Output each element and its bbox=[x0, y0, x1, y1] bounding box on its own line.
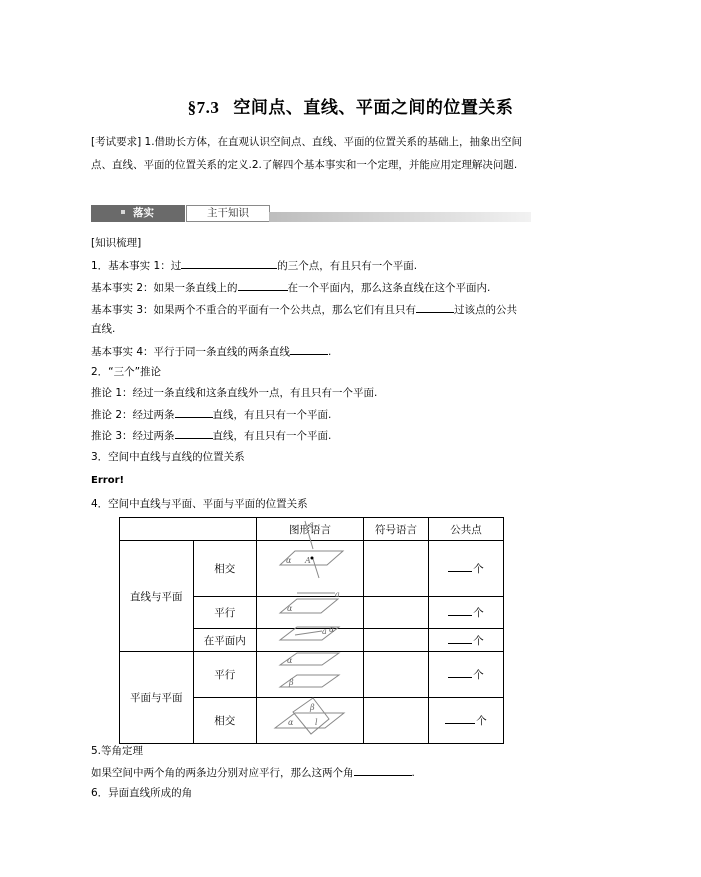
exam-requirements-label: [考试要求] bbox=[91, 136, 141, 148]
fill-blank[interactable] bbox=[448, 667, 472, 678]
symbol-cell[interactable] bbox=[364, 629, 429, 652]
label-a: a bbox=[309, 520, 314, 529]
count-cell: 个 bbox=[429, 652, 504, 698]
label-beta: β bbox=[309, 703, 315, 712]
section-number: §7.3 bbox=[188, 98, 220, 117]
line-plane-heading: 4．空间中直线与平面、平面与平面的位置关系 bbox=[91, 497, 308, 511]
fact-3-cont: 直线. bbox=[91, 322, 115, 336]
fill-blank[interactable] bbox=[416, 302, 454, 313]
fill-blank[interactable] bbox=[175, 407, 213, 418]
section-title: 空间点、直线、平面之间的位置关系 bbox=[233, 98, 513, 118]
count-cell: 个 bbox=[429, 698, 504, 744]
symbol-cell[interactable] bbox=[364, 541, 429, 597]
fill-blank[interactable] bbox=[448, 561, 472, 572]
fact-3-prefix: 基本事实 3：如果两个不重合的平面有一个公共点，那么它们有且只有 bbox=[91, 304, 416, 316]
page-title: §7.3空间点、直线、平面之间的位置关系 bbox=[0, 93, 701, 118]
label-A: A bbox=[304, 556, 311, 565]
corollary-3-prefix: 推论 3：经过两条 bbox=[91, 430, 175, 442]
fill-blank[interactable] bbox=[181, 258, 277, 269]
table-header-cell bbox=[120, 518, 257, 541]
equal-angle-prefix: 如果空间中两个角的两条边分别对应平行，那么这两个角 bbox=[91, 767, 354, 779]
banner-tab: 主干知识 bbox=[186, 205, 270, 222]
table-header-cell: 公共点 bbox=[429, 518, 504, 541]
section-banner: 落实 主干知识 bbox=[91, 205, 531, 222]
fill-blank[interactable] bbox=[238, 280, 288, 291]
fill-blank[interactable] bbox=[445, 713, 475, 724]
label-a: a bbox=[322, 627, 327, 636]
fact-1: 1．基本事实 1：过的三个点，有且只有一个平面. bbox=[91, 258, 417, 273]
square-bullet-icon bbox=[121, 210, 125, 214]
label-alpha: α bbox=[287, 604, 293, 613]
relation-label: 平行 bbox=[193, 597, 256, 629]
corollary-3-suffix: 直线，有且只有一个平面. bbox=[213, 430, 332, 442]
banner-dark-text: 落实 bbox=[133, 207, 154, 219]
geometry-figures: a α A a α a α α β β α l bbox=[255, 517, 363, 745]
fact-1-suffix: 的三个点，有且只有一个平面. bbox=[277, 260, 417, 272]
relation-label: 在平面内 bbox=[193, 629, 256, 652]
fill-blank[interactable] bbox=[290, 344, 328, 355]
error-text: Error! bbox=[91, 474, 124, 488]
symbol-cell[interactable] bbox=[364, 597, 429, 629]
count-cell: 个 bbox=[429, 541, 504, 597]
label-a: a bbox=[335, 590, 340, 599]
line-line-heading: 3．空间中直线与直线的位置关系 bbox=[91, 450, 245, 464]
equal-angle-heading: 5.等角定理 bbox=[91, 744, 143, 758]
banner-gradient-bar bbox=[269, 212, 531, 222]
count-cell: 个 bbox=[429, 597, 504, 629]
symbol-cell[interactable] bbox=[364, 698, 429, 744]
fact-2: 基本事实 2：如果一条直线上的在一个平面内，那么这条直线在这个平面内. bbox=[91, 280, 490, 295]
count-suffix: 个 bbox=[473, 669, 484, 681]
corollary-3: 推论 3：经过两条直线，有且只有一个平面. bbox=[91, 428, 331, 443]
skew-angle-heading: 6．异面直线所成的角 bbox=[91, 786, 192, 800]
fill-blank[interactable] bbox=[448, 605, 472, 616]
corollary-2: 推论 2：经过两条直线，有且只有一个平面. bbox=[91, 407, 331, 422]
relation-label: 相交 bbox=[193, 541, 256, 597]
count-suffix: 个 bbox=[473, 635, 484, 647]
group-label: 平面与平面 bbox=[120, 652, 194, 744]
fact-3: 基本事实 3：如果两个不重合的平面有一个公共点，那么它们有且只有过该点的公共 bbox=[91, 302, 517, 317]
equal-angle-suffix: . bbox=[412, 767, 415, 779]
fact-3-suffix: 过该点的公共 bbox=[454, 304, 517, 316]
fact-4-prefix: 基本事实 4：平行于同一条直线的两条直线 bbox=[91, 346, 290, 358]
fill-blank[interactable] bbox=[448, 633, 472, 644]
corollary-1: 推论 1：经过一条直线和这条直线外一点，有且只有一个平面. bbox=[91, 386, 377, 400]
exam-requirements-text: 1.借助长方体，在直观认识空间点、直线、平面的位置关系的基础上，抽象出空间点、直… bbox=[91, 136, 522, 171]
point-A-icon bbox=[311, 557, 314, 560]
relation-label: 相交 bbox=[193, 698, 256, 744]
count-suffix: 个 bbox=[473, 607, 484, 619]
fact-4: 基本事实 4：平行于同一条直线的两条直线. bbox=[91, 344, 331, 359]
label-alpha: α bbox=[286, 556, 292, 565]
label-alpha: α bbox=[287, 656, 293, 665]
label-alpha: α bbox=[329, 625, 335, 634]
count-suffix: 个 bbox=[473, 563, 484, 575]
knowledge-heading: [知识梳理] bbox=[91, 236, 141, 250]
group-label: 直线与平面 bbox=[120, 541, 194, 652]
fact-1-prefix: 1．基本事实 1：过 bbox=[91, 260, 181, 272]
corollaries-heading: 2．“三个”推论 bbox=[91, 365, 161, 379]
banner-dark-label: 落实 bbox=[91, 205, 185, 222]
line-a-bottom bbox=[313, 559, 319, 578]
relation-label: 平行 bbox=[193, 652, 256, 698]
table-header-cell: 符号语言 bbox=[364, 518, 429, 541]
fact-4-suffix: . bbox=[328, 346, 331, 358]
symbol-cell[interactable] bbox=[364, 652, 429, 698]
corollary-2-suffix: 直线，有且只有一个平面. bbox=[213, 409, 332, 421]
label-alpha: α bbox=[288, 718, 294, 727]
fill-blank[interactable] bbox=[354, 765, 412, 776]
exam-requirements: [考试要求] 1.借助长方体，在直观认识空间点、直线、平面的位置关系的基础上，抽… bbox=[91, 131, 536, 177]
count-suffix: 个 bbox=[476, 715, 487, 727]
fill-blank[interactable] bbox=[175, 428, 213, 439]
label-l: l bbox=[315, 718, 318, 727]
corollary-2-prefix: 推论 2：经过两条 bbox=[91, 409, 175, 421]
fact-2-prefix: 基本事实 2：如果一条直线上的 bbox=[91, 282, 238, 294]
equal-angle-theorem: 如果空间中两个角的两条边分别对应平行，那么这两个角. bbox=[91, 765, 415, 780]
label-beta: β bbox=[288, 678, 294, 687]
count-cell: 个 bbox=[429, 629, 504, 652]
fact-2-suffix: 在一个平面内，那么这条直线在这个平面内. bbox=[288, 282, 491, 294]
